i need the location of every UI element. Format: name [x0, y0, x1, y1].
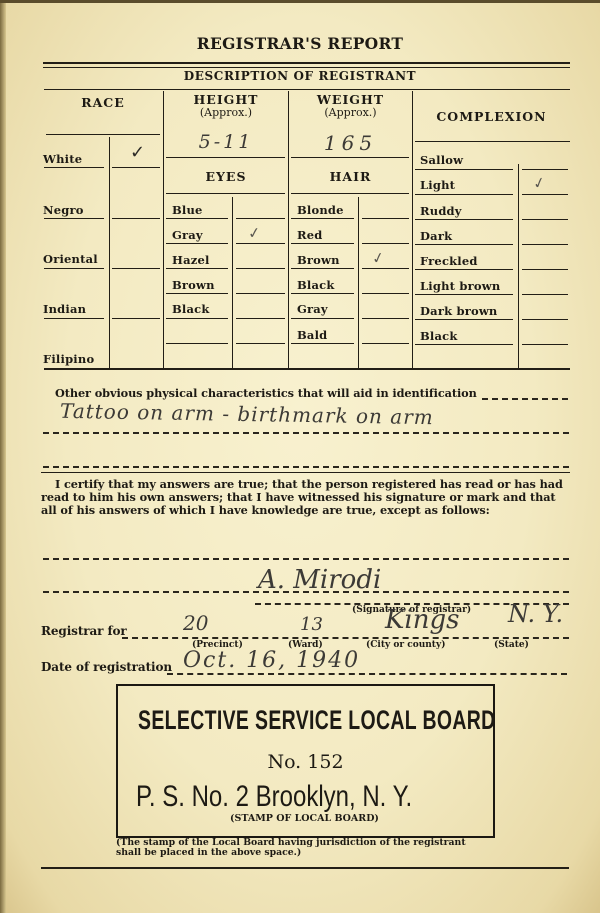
row-rule [44, 318, 104, 319]
row-rule [522, 194, 568, 195]
row-rule [522, 169, 568, 170]
weight-rule [291, 157, 409, 158]
race-label-indian: Indian [43, 302, 86, 316]
race-label-oriental: Oriental [43, 252, 98, 266]
local-board-stamp-box: SELECTIVE SERVICE LOCAL BOARD No. 152 P.… [116, 684, 495, 838]
race-label-negro: Negro [43, 203, 84, 217]
eyes-label-brown: Brown [172, 278, 215, 292]
row-rule [522, 269, 568, 270]
row-rule [236, 318, 285, 319]
stamp-note-line-2: shall be placed in the above space.) [116, 848, 301, 858]
race-label-white: White [43, 152, 82, 166]
row-rule [291, 318, 354, 319]
characteristics-line-2 [43, 466, 569, 468]
characteristics-line-1 [43, 432, 569, 434]
row-rule [236, 243, 285, 244]
row-rule [362, 343, 409, 344]
height-rule [166, 157, 285, 158]
eyes-header-rule [166, 193, 285, 194]
title-rule-2 [43, 67, 570, 68]
row-rule [522, 244, 568, 245]
eyes-check-gray[interactable]: ✓ [247, 223, 262, 243]
row-rule [522, 319, 568, 320]
characteristics-value[interactable]: Tattoo on arm - birthmark on arm [60, 399, 434, 430]
row-rule [362, 218, 409, 219]
stamp-caption: (STAMP OF LOCAL BOARD) [230, 813, 379, 824]
date-value[interactable]: Oct. 16, 1940 [183, 648, 360, 673]
row-rule [112, 318, 160, 319]
complexion-label-sallow: Sallow [420, 153, 463, 167]
hair-label-brown: Brown [297, 253, 340, 267]
eyes-header: EYES [164, 169, 288, 184]
eyes-check-divider [232, 197, 233, 368]
row-rule [415, 169, 513, 170]
certification-line-3: all of his answers of which I have knowl… [41, 504, 490, 517]
row-rule [415, 244, 513, 245]
row-rule [166, 293, 228, 294]
row-rule [166, 343, 228, 344]
row-rule [291, 293, 354, 294]
race-check-divider [109, 137, 110, 368]
row-rule [44, 167, 104, 168]
complexion-label-freckled: Freckled [420, 254, 478, 268]
section-divider [41, 472, 570, 473]
complexion-header: COMPLEXION [413, 109, 570, 124]
row-rule [166, 218, 228, 219]
hair-label-black: Black [297, 278, 335, 292]
complexion-label-ruddy: Ruddy [420, 204, 462, 218]
page-title: REGISTRAR'S REPORT [0, 34, 600, 53]
row-rule [291, 218, 354, 219]
hair-label-bald: Bald [297, 328, 327, 342]
row-rule [362, 243, 409, 244]
complexion-label-black: Black [420, 329, 458, 343]
exceptions-line-1 [43, 558, 569, 560]
row-rule [362, 318, 409, 319]
date-label: Date of registration [41, 661, 172, 674]
table-bottom-rule [44, 368, 570, 370]
row-rule [112, 167, 160, 168]
row-rule [291, 343, 354, 344]
stamp-line-1: SELECTIVE SERVICE LOCAL BOARD [138, 705, 496, 736]
row-rule [415, 294, 513, 295]
row-rule [236, 343, 285, 344]
weight-subheader: (Approx.) [289, 106, 412, 119]
stamp-line-2: No. 152 [118, 751, 493, 773]
registrar-report-card: REGISTRAR'S REPORT DESCRIPTION OF REGIST… [0, 0, 600, 913]
row-rule [291, 243, 354, 244]
hair-check-brown[interactable]: ✓ [370, 248, 386, 268]
characteristics-label: Other obvious physical characteristics t… [55, 387, 477, 400]
complexion-check-divider [518, 164, 519, 368]
registrar-for-label: Registrar for [41, 625, 127, 638]
row-rule [415, 319, 513, 320]
state-caption: (State) [494, 640, 529, 650]
row-rule [236, 293, 285, 294]
complexion-label-dark: Dark [420, 229, 452, 243]
hair-header-rule [291, 193, 409, 194]
col-divider-weight [412, 91, 413, 368]
row-rule [522, 344, 568, 345]
section-title: DESCRIPTION OF REGISTRANT [0, 69, 600, 83]
eyes-label-hazel: Hazel [172, 253, 210, 267]
row-rule [362, 268, 409, 269]
row-rule [166, 318, 228, 319]
height-header: HEIGHT [164, 93, 288, 106]
row-rule [236, 268, 285, 269]
eyes-label-black: Black [172, 302, 210, 316]
row-rule [112, 268, 160, 269]
registrar-signature[interactable]: A. Mirodi [258, 565, 381, 595]
complexion-label-dark-brown: Dark brown [420, 304, 498, 318]
row-rule [112, 218, 160, 219]
row-rule [522, 219, 568, 220]
race-header-rule [46, 134, 160, 135]
complexion-header-rule [415, 141, 570, 142]
weight-header: WEIGHT [289, 93, 412, 106]
hair-check-divider [358, 197, 359, 368]
height-subheader: (Approx.) [164, 106, 288, 119]
table-top-rule [44, 89, 570, 90]
row-rule [362, 293, 409, 294]
race-label-filipino: Filipino [43, 352, 94, 366]
row-rule [415, 219, 513, 220]
precinct-value[interactable]: 20 [183, 611, 208, 635]
bottom-rule [41, 867, 569, 869]
row-rule [166, 268, 228, 269]
row-rule [415, 194, 513, 195]
row-rule [522, 294, 568, 295]
weight-value[interactable]: 165 [289, 131, 412, 155]
hair-label-blonde: Blonde [297, 203, 344, 217]
card-edge-left [0, 0, 6, 913]
row-rule [415, 344, 513, 345]
row-rule [44, 268, 104, 269]
race-check-white[interactable]: ✓ [130, 142, 145, 163]
row-rule [166, 243, 228, 244]
hair-label-gray: Gray [297, 302, 328, 316]
complexion-check-light[interactable]: ✓ [531, 173, 548, 194]
eyes-label-gray: Gray [172, 228, 203, 242]
hair-label-red: Red [297, 228, 323, 242]
row-rule [291, 268, 354, 269]
city-caption: (City or county) [366, 640, 445, 650]
height-value[interactable]: 5-11 [164, 131, 288, 153]
card-edge-top [0, 0, 600, 3]
row-rule [236, 218, 285, 219]
row-rule [415, 269, 513, 270]
eyes-label-blue: Blue [172, 203, 203, 217]
row-rule [44, 218, 104, 219]
title-rule-1 [43, 62, 570, 64]
ward-value[interactable]: 13 [300, 614, 323, 635]
complexion-label-light-brown: Light brown [420, 279, 500, 293]
city-value[interactable]: Kings [385, 605, 459, 635]
stamp-line-3: P. S. No. 2 Brooklyn, N. Y. [136, 780, 412, 814]
state-value[interactable]: N. Y. [508, 600, 563, 628]
complexion-label-light: Light [420, 178, 455, 192]
hair-header: HAIR [289, 169, 412, 184]
registrar-for-line [122, 637, 569, 639]
date-line [167, 673, 567, 675]
characteristics-leader-dots [482, 398, 568, 400]
race-header: RACE [44, 95, 162, 110]
